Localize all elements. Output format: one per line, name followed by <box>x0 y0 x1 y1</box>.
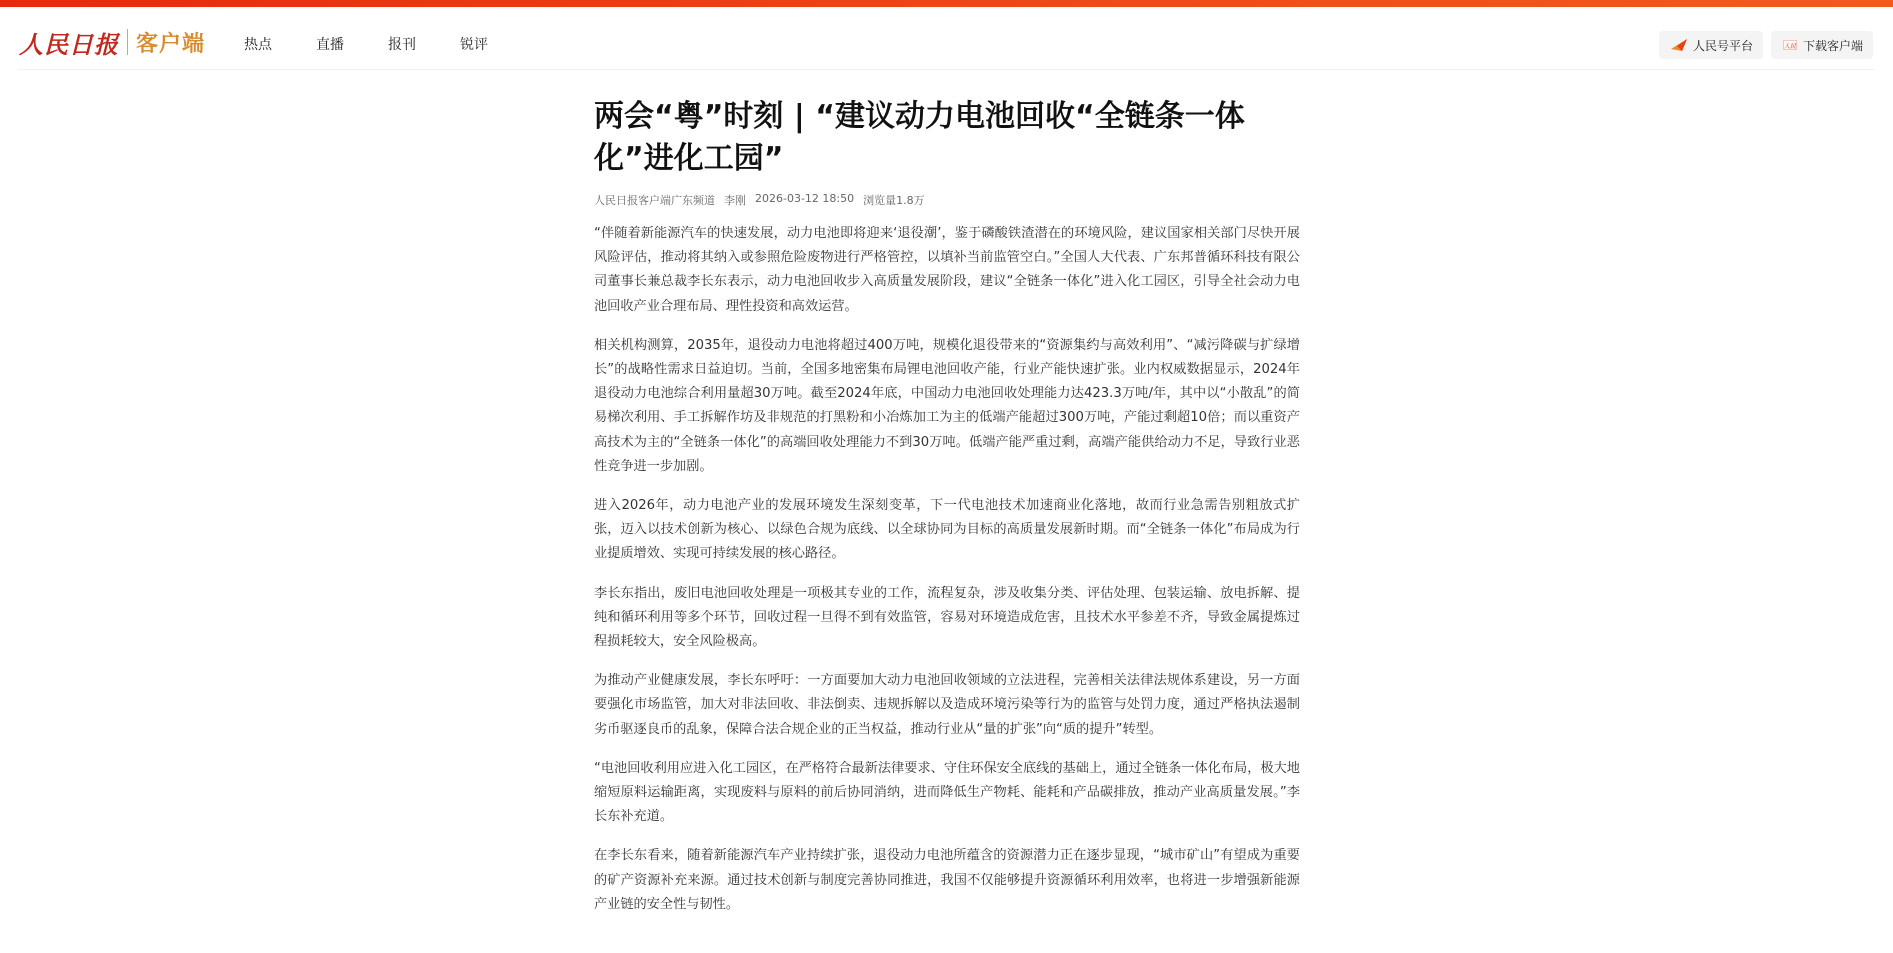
article-datetime: 2026-03-12 18:50 <box>755 192 854 208</box>
site-header: 人民日报 客户端 热点 直播 报刊 锐评 人民号平台 人民 下载客户端 <box>0 7 1893 69</box>
header-actions: 人民号平台 人民 下载客户端 <box>1659 31 1873 59</box>
article-paragraph: “电池回收利用应进入化工园区，在严格符合最新法律要求、守住环保安全底线的基础上，… <box>594 757 1300 830</box>
main-nav: 热点 直播 报刊 锐评 <box>244 34 532 54</box>
top-accent-bar <box>0 0 1893 7</box>
nav-item-commentary[interactable]: 锐评 <box>460 34 488 54</box>
article-body: “伴随着新能源汽车的快速发展，动力电池即将迎来‘退役潮’，鉴于磷酸铁渣潜在的环境… <box>594 222 1300 917</box>
nav-item-hot[interactable]: 热点 <box>244 34 272 54</box>
article-views: 浏览量1.8万 <box>863 192 925 208</box>
app-logo-icon: 人民 <box>1783 40 1797 50</box>
article-paragraph: 为推动产业健康发展，李长东呼吁：一方面要加大动力电池回收领域的立法进程，完善相关… <box>594 669 1300 742</box>
rmh-platform-icon <box>1671 39 1687 51</box>
download-app-label: 下载客户端 <box>1803 37 1863 54</box>
article-author: 李刚 <box>724 192 746 208</box>
download-app-button[interactable]: 人民 下载客户端 <box>1771 31 1873 59</box>
article: 两会“粤”时刻 | “建议动力电池回收“全链条一体化”进化工园” 人民日报客户端… <box>594 96 1300 932</box>
rmh-platform-label: 人民号平台 <box>1693 37 1753 54</box>
article-title: 两会“粤”时刻 | “建议动力电池回收“全链条一体化”进化工园” <box>594 96 1300 180</box>
article-paragraph: 李长东指出，废旧电池回收处理是一项极其专业的工作，流程复杂，涉及收集分类、评估处… <box>594 582 1300 655</box>
article-paragraph: 进入2026年，动力电池产业的发展环境发生深刻变革，下一代电池技术加速商业化落地… <box>594 494 1300 567</box>
nav-item-live[interactable]: 直播 <box>316 34 344 54</box>
site-logo[interactable]: 人民日报 客户端 <box>19 24 205 60</box>
header-divider <box>18 69 1875 70</box>
logo-divider <box>127 29 128 55</box>
nav-item-newspaper[interactable]: 报刊 <box>388 34 416 54</box>
article-paragraph: “伴随着新能源汽车的快速发展，动力电池即将迎来‘退役潮’，鉴于磷酸铁渣潜在的环境… <box>594 222 1300 319</box>
brand-calligraphy: 人民日报 <box>19 25 119 60</box>
article-paragraph: 相关机构测算，2035年，退役动力电池将超过400万吨，规模化退役带来的“资源集… <box>594 334 1300 479</box>
rmh-platform-button[interactable]: 人民号平台 <box>1659 31 1763 59</box>
article-source: 人民日报客户端广东频道 <box>594 192 715 208</box>
article-meta: 人民日报客户端广东频道 李刚 2026-03-12 18:50 浏览量1.8万 <box>594 192 1300 208</box>
article-paragraph: 在李长东看来，随着新能源汽车产业持续扩张，退役动力电池所蕴含的资源潜力正在逐步显… <box>594 844 1300 917</box>
brand-app-name: 客户端 <box>136 27 205 58</box>
